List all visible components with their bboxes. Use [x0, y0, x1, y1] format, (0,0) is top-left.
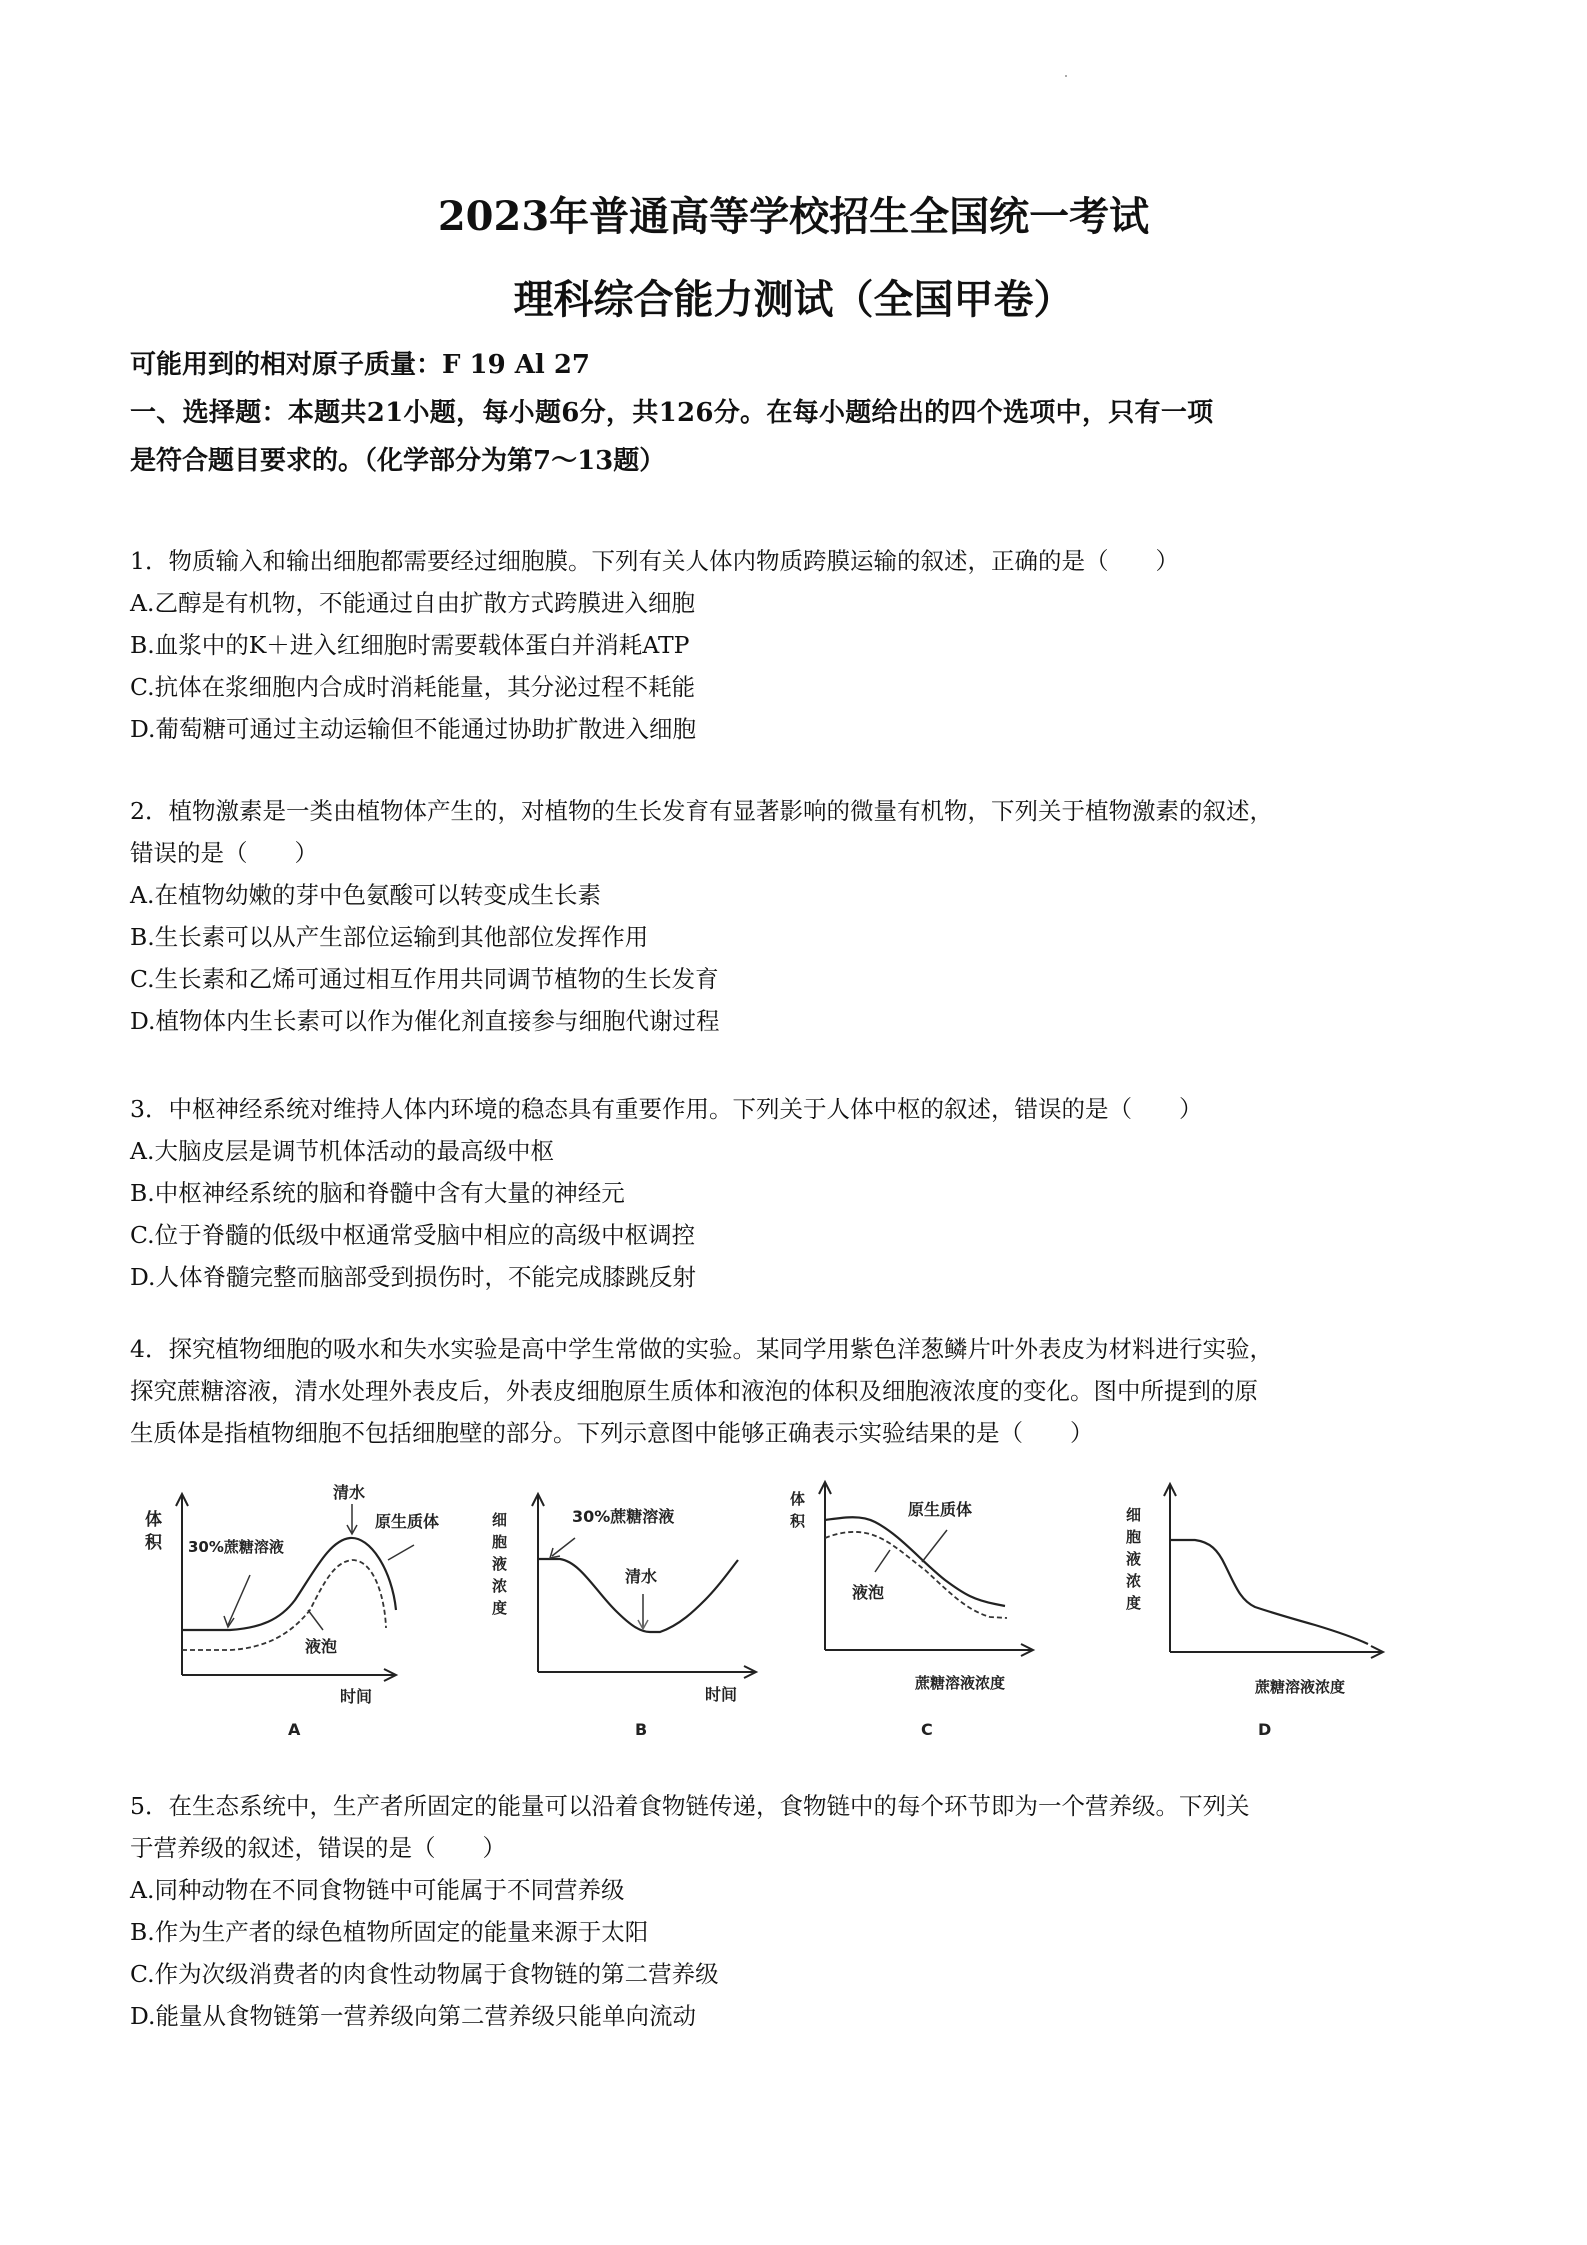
figure-b: 细 胞 液 浓 度 30%蔗糖溶液 清水 时间 B: [480, 1470, 780, 1749]
y-axis-label-char: 液: [492, 1555, 507, 1573]
annotation-protoplast: 原生质体: [908, 1500, 972, 1519]
option-c: C.生长素和乙烯可通过相互作用共同调节植物的生长发育: [130, 958, 1475, 1000]
x-axis-label: 时间: [340, 1687, 372, 1706]
question-stem: 1．物质输入和输出细胞都需要经过细胞膜。下列有关人体内物质跨膜运输的叙述，正确的…: [130, 540, 1475, 582]
option-a: A.大脑皮层是调节机体活动的最高级中枢: [130, 1130, 1475, 1172]
figure-label: C: [921, 1720, 933, 1739]
annotation-sucrose: 30%蔗糖溶液: [572, 1507, 674, 1526]
section-instructions-line1: 一、选择题：本题共21小题，每小题6分，共126分。在每小题给出的四个选项中，只…: [130, 392, 1470, 434]
y-axis-label-char: 胞: [1126, 1528, 1141, 1546]
figure-c: 体 积 原生质体 液泡 蔗糖溶液浓度 C: [780, 1470, 1080, 1749]
y-axis-label-char: 液: [1126, 1550, 1141, 1568]
scan-speck: [1065, 75, 1067, 77]
option-a: A.乙醇是有机物，不能通过自由扩散方式跨膜进入细胞: [130, 582, 1475, 624]
question-stem: 5．在生态系统中，生产者所固定的能量可以沿着食物链传递，食物链中的每个环节即为一…: [130, 1785, 1475, 1827]
option-c: C.位于脊髓的低级中枢通常受脑中相应的高级中枢调控: [130, 1214, 1475, 1256]
x-axis-label: 蔗糖溶液浓度: [915, 1674, 1005, 1692]
question-stem-cont: 错误的是（ ）: [130, 832, 1475, 874]
option-a: A.在植物幼嫩的芽中色氨酸可以转变成生长素: [130, 874, 1475, 916]
question-stem-cont: 生质体是指植物细胞不包括细胞壁的部分。下列示意图中能够正确表示实验结果的是（ ）: [130, 1412, 1475, 1454]
annotation-vacuole: 液泡: [305, 1637, 337, 1656]
question-5: 5．在生态系统中，生产者所固定的能量可以沿着食物链传递，食物链中的每个环节即为一…: [130, 1785, 1475, 2037]
atomic-masses: 可能用到的相对原子质量：F 19 Al 27: [130, 344, 1470, 386]
y-axis-label-char: 浓: [1126, 1572, 1141, 1590]
figure-label: B: [635, 1720, 647, 1739]
question-2: 2．植物激素是一类由植物体产生的，对植物的生长发育有显著影响的微量有机物，下列关…: [130, 790, 1475, 1042]
x-axis-label: 时间: [705, 1685, 737, 1704]
option-b: B.血浆中的K＋进入红细胞时需要载体蛋白并消耗ATP: [130, 624, 1475, 666]
y-axis-label-char: 度: [1126, 1594, 1141, 1612]
option-a: A.同种动物在不同食物链中可能属于不同营养级: [130, 1869, 1475, 1911]
annotation-protoplast: 原生质体: [375, 1512, 439, 1531]
y-axis-label-char: 胞: [492, 1533, 507, 1551]
y-axis-label-char: 浓: [492, 1577, 507, 1595]
option-d: D.葡萄糖可通过主动运输但不能通过协助扩散进入细胞: [130, 708, 1475, 750]
question-stem: 2．植物激素是一类由植物体产生的，对植物的生长发育有显著影响的微量有机物，下列关…: [130, 790, 1475, 832]
option-d: D.人体脊髓完整而脑部受到损伤时，不能完成膝跳反射: [130, 1256, 1475, 1298]
x-axis-label: 蔗糖溶液浓度: [1255, 1678, 1345, 1696]
annotation-water: 清水: [625, 1567, 657, 1586]
question-stem: 4．探究植物细胞的吸水和失水实验是高中学生常做的实验。某同学用紫色洋葱鳞片叶外表…: [130, 1328, 1475, 1370]
question-1: 1．物质输入和输出细胞都需要经过细胞膜。下列有关人体内物质跨膜运输的叙述，正确的…: [130, 540, 1475, 750]
question-stem-cont: 探究蔗糖溶液，清水处理外表皮后，外表皮细胞原生质体和液泡的体积及细胞液浓度的变化…: [130, 1370, 1475, 1412]
option-d: D.植物体内生长素可以作为催化剂直接参与细胞代谢过程: [130, 1000, 1475, 1042]
exam-subtitle: 理科综合能力测试（全国甲卷）: [0, 275, 1587, 325]
figure-label: A: [288, 1720, 301, 1739]
y-axis-label-char: 体: [145, 1509, 162, 1530]
annotation-sucrose: 30%蔗糖溶液: [188, 1538, 284, 1556]
y-axis-label-char: 积: [790, 1512, 806, 1530]
figure-d: 细 胞 液 浓 度 蔗糖溶液浓度 D: [1090, 1470, 1410, 1749]
figure-a: 体 积 30%蔗糖溶液 清水 原生质体 液泡 时间 A: [130, 1470, 470, 1749]
question-stem-cont: 于营养级的叙述，错误的是（ ）: [130, 1827, 1475, 1869]
y-axis-label-char: 体: [790, 1490, 805, 1508]
exam-title: 2023年普通高等学校招生全国统一考试: [0, 192, 1587, 242]
annotation-water: 清水: [333, 1483, 365, 1502]
option-c: C.作为次级消费者的肉食性动物属于食物链的第二营养级: [130, 1953, 1475, 1995]
y-axis-label-char: 积: [145, 1532, 163, 1553]
option-c: C.抗体在浆细胞内合成时消耗能量，其分泌过程不耗能: [130, 666, 1475, 708]
option-b: B.生长素可以从产生部位运输到其他部位发挥作用: [130, 916, 1475, 958]
figure-label: D: [1258, 1720, 1271, 1739]
option-b: B.中枢神经系统的脑和脊髓中含有大量的神经元: [130, 1172, 1475, 1214]
y-axis-label-char: 度: [492, 1599, 507, 1617]
question-4: 4．探究植物细胞的吸水和失水实验是高中学生常做的实验。某同学用紫色洋葱鳞片叶外表…: [130, 1328, 1475, 1454]
y-axis-label-char: 细: [492, 1511, 507, 1529]
option-b: B.作为生产者的绿色植物所固定的能量来源于太阳: [130, 1911, 1475, 1953]
question-4-figures: 体 积 30%蔗糖溶液 清水 原生质体 液泡 时间 A 细 胞 液: [130, 1470, 1430, 1750]
option-d: D.能量从食物链第一营养级向第二营养级只能单向流动: [130, 1995, 1475, 2037]
question-3: 3．中枢神经系统对维持人体内环境的稳态具有重要作用。下列关于人体中枢的叙述，错误…: [130, 1088, 1475, 1298]
annotation-vacuole: 液泡: [852, 1583, 884, 1602]
section-instructions-line2: 是符合题目要求的。（化学部分为第7～13题）: [130, 440, 1470, 482]
y-axis-label-char: 细: [1126, 1506, 1141, 1524]
question-stem: 3．中枢神经系统对维持人体内环境的稳态具有重要作用。下列关于人体中枢的叙述，错误…: [130, 1088, 1475, 1130]
